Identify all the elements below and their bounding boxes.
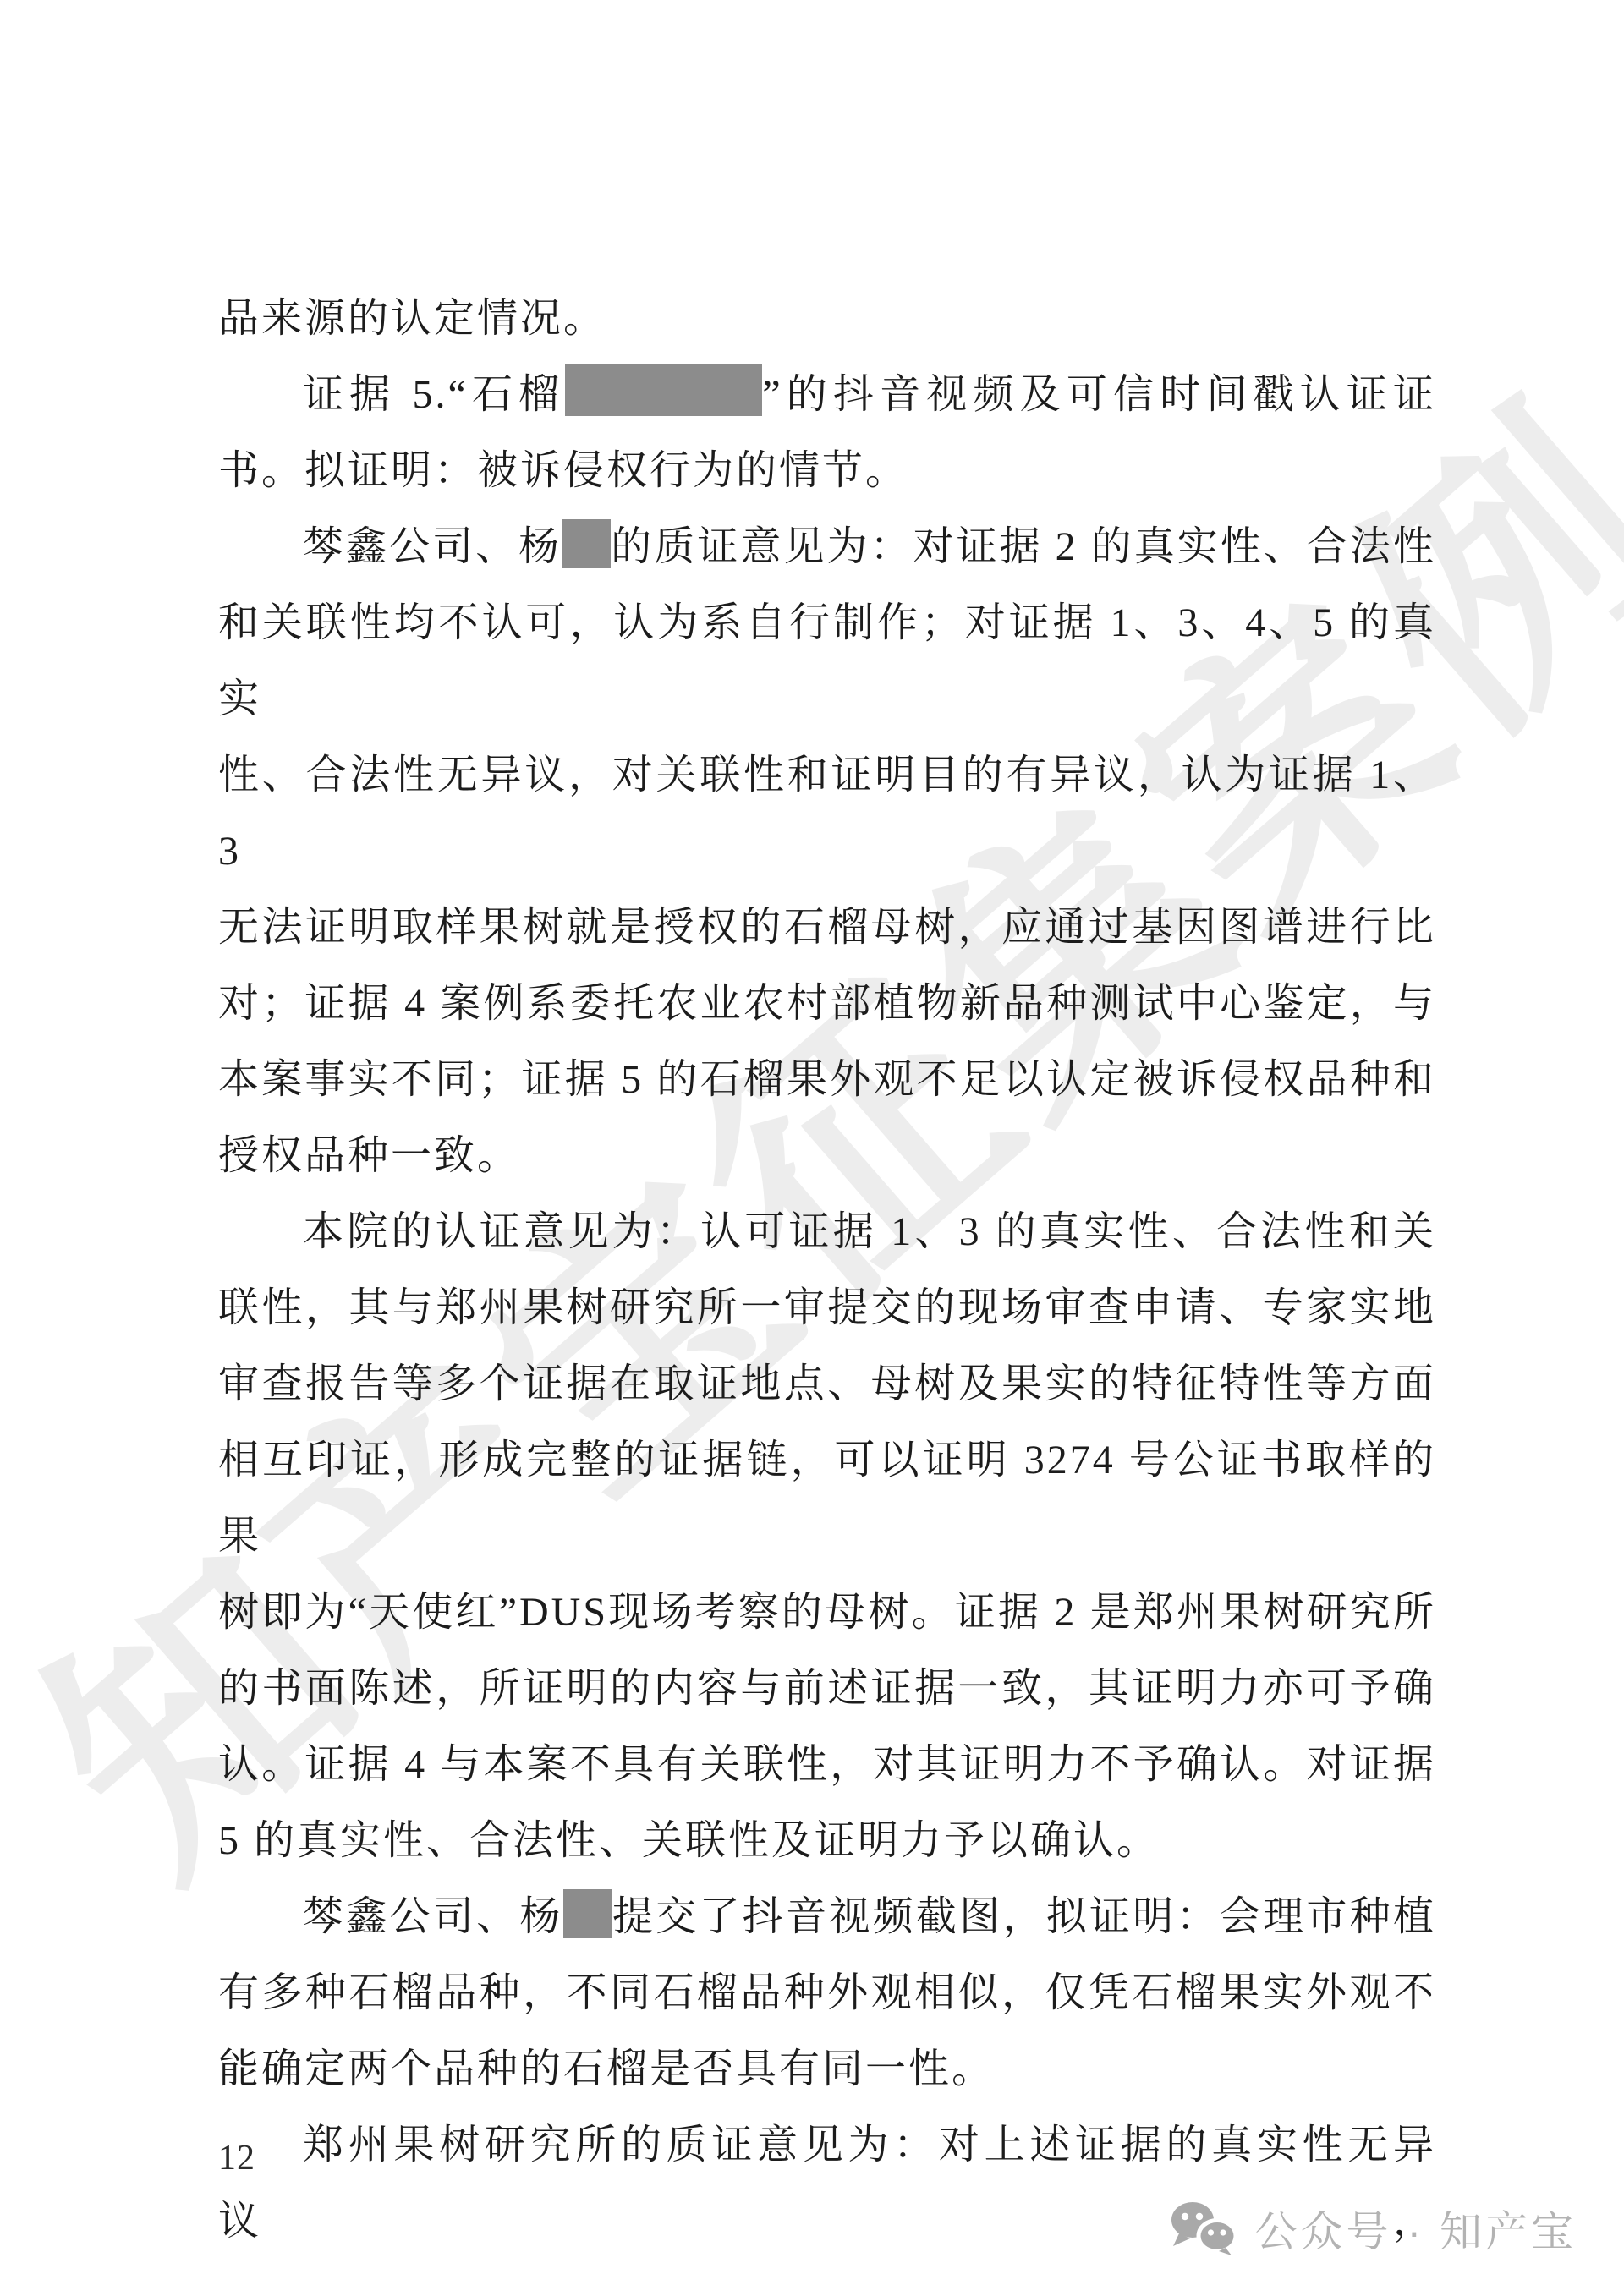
text-line: 的书面陈述，所证明的内容与前述证据一致，其证明力亦可予确 [218, 1651, 1436, 1727]
text-run: 有多种石榴品种，不同石榴品种外观相似，仅凭石榴果实外观不 [218, 1970, 1436, 2015]
text-run: 对；证据 4 案例系委托农业农村部植物新品种测试中心鉴定，与 [218, 981, 1436, 1026]
text-line: 有多种石榴品种，不同石榴品种外观相似，仅凭石榴果实外观不 [218, 1955, 1436, 2031]
text-line: 能确定两个品种的石榴是否具有同一性。 [218, 2031, 1436, 2107]
text-run: 授权品种一致。 [218, 1133, 520, 1178]
text-run: 和关联性均不认可，认为系自行制作；对证据 1、3、4、5 的真实 [218, 600, 1436, 721]
text-run: 能确定两个品种的石榴是否具有同一性。 [218, 2047, 995, 2091]
redaction-box [565, 364, 762, 416]
text-run: 认。证据 4 与本案不具有关联性，对其证明力不予确认。对证据 [218, 1742, 1436, 1787]
text-line: 树即为“天使红”DUS现场考察的母树。证据 2 是郑州果树研究所 [218, 1575, 1436, 1651]
text-run: 提交了抖音视频截图，拟证明：会理市种植 [612, 1894, 1436, 1939]
text-run: 品来源的认定情况。 [218, 296, 606, 341]
text-run: 树即为“天使红”DUS现场考察的母树。证据 2 是郑州果树研究所 [218, 1590, 1436, 1635]
text-line: 认。证据 4 与本案不具有关联性，对其证明力不予确认。对证据 [218, 1727, 1436, 1803]
text-run: 审查报告等多个证据在取证地点、母树及果实的特征特性等方面 [218, 1362, 1436, 1406]
text-run: 本院的认证意见为：认可证据 1、3 的真实性、合法性和关 [303, 1209, 1436, 1254]
wechat-badge: 公众号 · 知产宝 [1171, 2198, 1577, 2259]
text-line: 无法证明取样果树就是授权的石榴母树，应通过基因图谱进行比 [218, 890, 1436, 966]
redaction-box [562, 519, 611, 568]
document-page: 知产宝征集案例 品来源的认定情况。证据 5.“石榴”的抖音视频及可信时间戳认证证… [0, 0, 1624, 2296]
text-line: 本案事实不同；证据 5 的石榴果外观不足以认定被诉侵权品种和 [218, 1042, 1436, 1118]
document-body: 品来源的认定情况。证据 5.“石榴”的抖音视频及可信时间戳认证证书。拟证明：被诉… [218, 281, 1436, 2260]
text-run: 本案事实不同；证据 5 的石榴果外观不足以认定被诉侵权品种和 [218, 1057, 1436, 1102]
text-line: 和关联性均不认可，认为系自行制作；对证据 1、3、4、5 的真实 [218, 585, 1436, 737]
text-line: 性、合法性无异议，对关联性和证明目的有异议，认为证据 1、3 [218, 737, 1436, 890]
text-line: 对；证据 4 案例系委托农业农村部植物新品种测试中心鉴定，与 [218, 966, 1436, 1042]
text-run: 联性，其与郑州果树研究所一审提交的现场审查申请、专家实地 [218, 1285, 1436, 1330]
text-run: 相互印证，形成完整的证据链，可以证明 3274 号公证书取样的果 [218, 1438, 1436, 1559]
text-line: 书。拟证明：被诉侵权行为的情节。 [218, 433, 1436, 509]
text-run: 的质证意见为：对证据 2 的真实性、合法性 [611, 524, 1436, 569]
text-run: 无法证明取样果树就是授权的石榴母树，应通过基因图谱进行比 [218, 905, 1436, 950]
text-line: 授权品种一致。 [218, 1118, 1436, 1194]
text-run: 书。拟证明：被诉侵权行为的情节。 [218, 448, 908, 493]
wechat-icon [1171, 2201, 1238, 2255]
text-run: 棽鑫公司、杨 [303, 1894, 563, 1939]
text-run: 证据 5.“石榴 [303, 372, 565, 417]
text-run: 5 的真实性、合法性、关联性及证明力予以确认。 [218, 1818, 1160, 1863]
text-line: 证据 5.“石榴”的抖音视频及可信时间戳认证证 [218, 357, 1436, 433]
text-line: 棽鑫公司、杨提交了抖音视频截图，拟证明：会理市种植 [218, 1879, 1436, 1955]
text-run: 的书面陈述，所证明的内容与前述证据一致，其证明力亦可予确 [218, 1666, 1436, 1711]
redaction-box [563, 1889, 612, 1938]
wechat-badge-label: 公众号 · 知产宝 [1255, 2198, 1577, 2259]
text-run: ”的抖音视频及可信时间戳认证证 [762, 372, 1436, 417]
text-run: 棽鑫公司、杨 [303, 524, 562, 569]
page-number: 12 [218, 2138, 255, 2178]
text-line: 棽鑫公司、杨的质证意见为：对证据 2 的真实性、合法性 [218, 509, 1436, 585]
text-run: 性、合法性无异议，对关联性和证明目的有异议，认为证据 1、3 [218, 753, 1436, 874]
text-line: 5 的真实性、合法性、关联性及证明力予以确认。 [218, 1803, 1436, 1879]
text-line: 本院的认证意见为：认可证据 1、3 的真实性、合法性和关 [218, 1194, 1436, 1270]
text-line: 品来源的认定情况。 [218, 281, 1436, 357]
text-line: 审查报告等多个证据在取证地点、母树及果实的特征特性等方面 [218, 1346, 1436, 1422]
text-line: 相互印证，形成完整的证据链，可以证明 3274 号公证书取样的果 [218, 1422, 1436, 1575]
text-line: 联性，其与郑州果树研究所一审提交的现场审查申请、专家实地 [218, 1270, 1436, 1346]
